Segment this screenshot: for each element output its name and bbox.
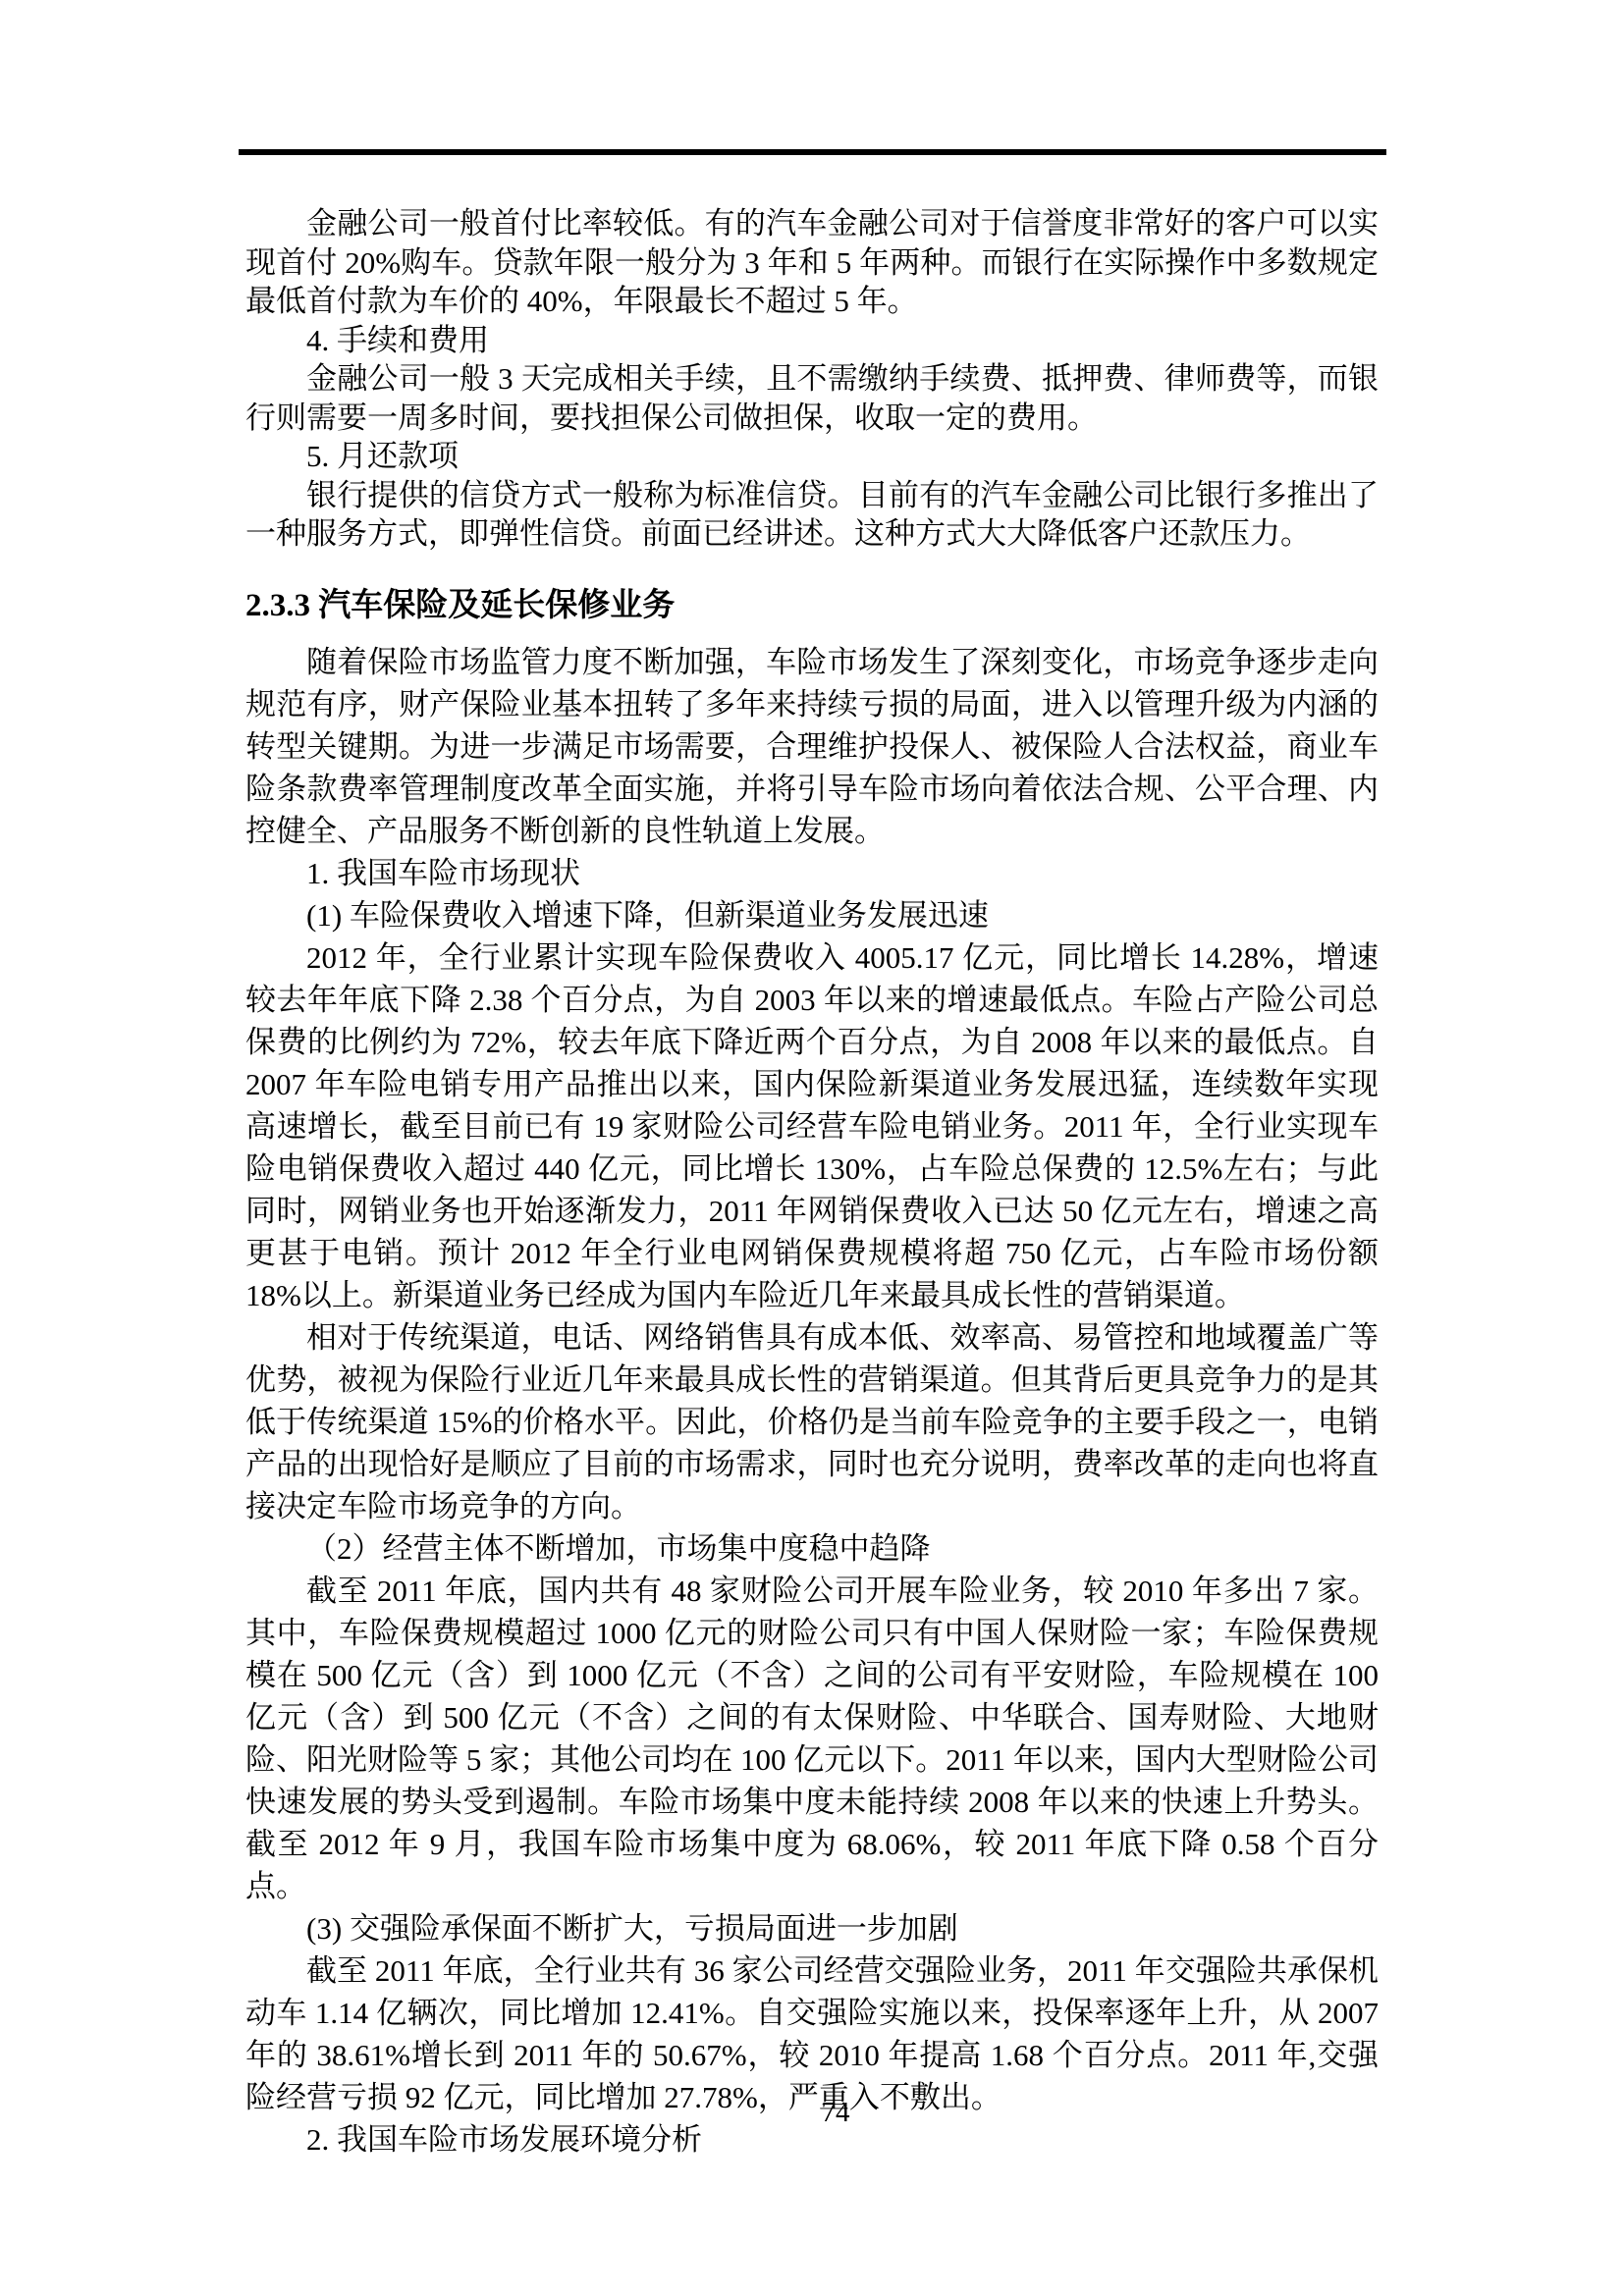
item-premium-growth-title: (1) 车险保费收入增速下降，但新渠道业务发展迅速 [245,894,1379,936]
page-body-text: 金融公司一般首付比率较低。有的汽车金融公司对于信誉度非常好的客户可以实现首付 2… [245,204,1379,2161]
paragraph-channel-advantage: 相对于传统渠道，电话、网络销售具有成本低、效率高、易管控和地域覆盖广等优势，被视… [245,1316,1379,1527]
section-2-3-3: 2.3.3 汽车保险及延长保修业务 随着保险市场监管力度不断加强，车险市场发生了… [245,585,1379,2161]
item-3-compulsory-insurance-title: (3) 交强险承保面不断扩大，亏损局面进一步加剧 [245,1907,1379,1949]
document-page: 金融公司一般首付比率较低。有的汽车金融公司对于信誉度非常好的客户可以实现首付 2… [0,0,1624,2296]
page-number: 74 [269,2097,1402,2128]
paragraph-compulsory-insurance: 截至 2011 年底，全行业共有 36 家公司经营交强险业务，2011 年交强险… [245,1949,1379,2118]
header-rule [239,149,1386,155]
item-4-fees-title: 4. 手续和费用 [245,321,1379,360]
section-financing-terms: 金融公司一般首付比率较低。有的汽车金融公司对于信誉度非常好的客户可以实现首付 2… [245,204,1379,554]
paragraph-fees: 金融公司一般 3 天完成相关手续，且不需缴纳手续费、抵押费、律师费等，而银行则需… [245,359,1379,437]
paragraph-market-regulation: 随着保险市场监管力度不断加强，车险市场发生了深刻变化，市场竞争逐步走向规范有序，… [245,641,1379,852]
paragraph-market-concentration: 截至 2011 年底，国内共有 48 家财险公司开展车险业务，较 2010 年多… [245,1570,1379,1907]
item-1-market-status-title: 1. 我国车险市场现状 [245,852,1379,894]
item-5-monthly-payment-title: 5. 月还款项 [245,437,1379,476]
paragraph-downpayment: 金融公司一般首付比率较低。有的汽车金融公司对于信誉度非常好的客户可以实现首付 2… [245,204,1379,321]
section-heading-2-3-3: 2.3.3 汽车保险及延长保修业务 [245,585,1379,627]
paragraph-monthly-payment: 银行提供的信贷方式一般称为标准信贷。目前有的汽车金融公司比银行多推出了一种服务方… [245,476,1379,554]
item-2-market-concentration-title: （2）经营主体不断增加，市场集中度稳中趋降 [245,1527,1379,1570]
paragraph-2012-premium: 2012 年，全行业累计实现车险保费收入 4005.17 亿元，同比增长 14.… [245,936,1379,1316]
